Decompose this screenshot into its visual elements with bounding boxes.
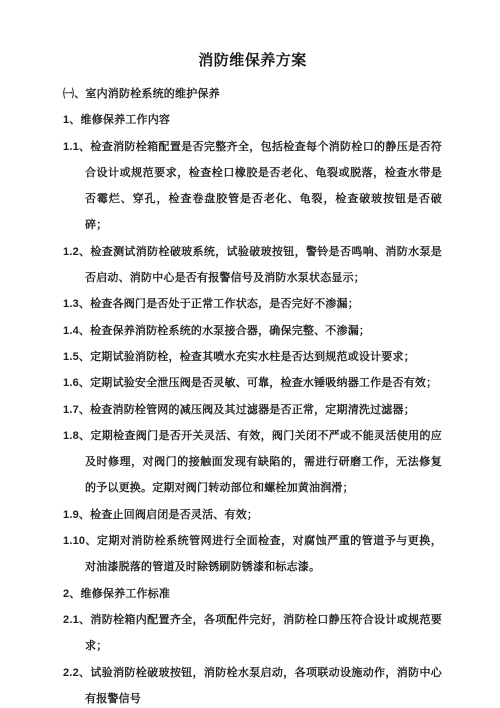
doc-paragraph: 1.10、定期对消防栓系统管网进行全面检查，对腐蚀严重的管道予与更换，对油漆脱落… [63,528,442,581]
document-page: 消防维保养方案 ㈠、室内消防栓系统的维护保养1、维修保养工作内容1.1、检查消防… [0,0,500,708]
doc-paragraph: 1.4、检查保养消防栓系统的水泵接合器，确保完整、不渗漏； [63,318,442,344]
doc-paragraph: 1.9、检查止回阀启闭是否灵活、有效； [63,502,442,528]
doc-paragraph: 1.3、检查各阀门是否处于正常工作状态，是否完好不渗漏； [63,291,442,317]
doc-paragraph: ㈠、室内消防栓系统的维护保养 [63,81,442,107]
doc-paragraph: 1.2、检查测试消防栓破玻系统，试验破玻按钮，警铃是否鸣响、消防水泵是否启动、消… [63,239,442,292]
doc-paragraph: 1.1、检查消防栓箱配置是否完整齐全，包括检查每个消防栓口的静压是否符合设计或规… [63,134,442,239]
document-title: 消防维保养方案 [63,50,442,72]
doc-paragraph: 1.8、定期检查阀门是否开关灵活、有效，阀门关闭不严或不能灵活使用的应及时修理，… [63,423,442,502]
doc-paragraph: 1、维修保养工作内容 [63,107,442,133]
document-body: ㈠、室内消防栓系统的维护保养1、维修保养工作内容1.1、检查消防栓箱配置是否完整… [63,81,442,708]
doc-paragraph: 1.7、检查消防栓管网的减压阀及其过滤器是否正常，定期清洗过滤器； [63,397,442,423]
doc-paragraph: 2、维修保养工作标准 [63,581,442,607]
doc-paragraph: 1.6、定期试验安全泄压阀是否灵敏、可靠，检查水锤吸纳器工作是否有效； [63,370,442,396]
doc-paragraph: 1.5、定期试验消防栓，检查其喷水充实水柱是否达到规范或设计要求； [63,344,442,370]
doc-paragraph: 2.2、试验消防栓破玻按钮，消防栓水泵启动，各项联动设施动作，消防中心有报警信号 [63,660,442,708]
doc-paragraph: 2.1、消防栓箱内配置齐全，各项配件完好，消防栓口静压符合设计或规范要求； [63,607,442,660]
